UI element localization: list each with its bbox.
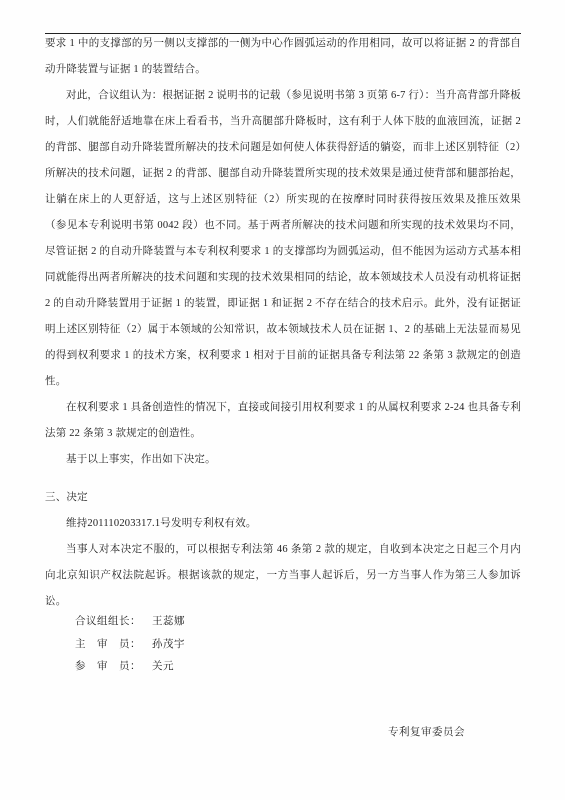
signature-label-chief: 合议组组长：: [75, 611, 141, 634]
appeal-notice: 当事人对本决定不服的，可以根据专利法第 46 条第 2 款的规定，自收到本决定之…: [45, 537, 521, 615]
signature-label-participating-examiner: 参 审 员：: [75, 656, 141, 679]
signature-row-primary-examiner: 主 审 员： 孙茂宇: [75, 634, 185, 657]
signature-row-chief: 合议组组长： 王蕊娜: [75, 611, 185, 634]
section-heading-decision: 三、决定: [45, 485, 521, 511]
footer-organization: 专利复审委员会: [45, 721, 465, 745]
document-body: 要求 1 中的支撑部的另一侧以支撑部的一侧为中心作圆弧运动的作用相同，故可以将证…: [45, 31, 521, 615]
paragraph-basis-of-decision: 基于以上事实，作出如下决定。: [45, 447, 521, 473]
decision-statement: 维持201110203317.1号发明专利权有效。: [45, 511, 521, 537]
signature-row-participating-examiner: 参 审 员： 关元: [75, 656, 185, 679]
signature-name-primary-examiner: 孙茂宇: [152, 634, 185, 657]
signature-name-participating-examiner: 关元: [152, 656, 174, 679]
paragraph-dependent-claims: 在权利要求 1 具备创造性的情况下，直接或间接引用权利要求 1 的从属权利要求 …: [45, 395, 521, 447]
paragraph-continuation: 要求 1 中的支撑部的另一侧以支撑部的一侧为中心作圆弧运动的作用相同，故可以将证…: [45, 31, 521, 83]
document-page: 要求 1 中的支撑部的另一侧以支撑部的一侧为中心作圆弧运动的作用相同，故可以将证…: [0, 0, 565, 800]
signature-name-chief: 王蕊娜: [152, 611, 185, 634]
signature-block: 合议组组长： 王蕊娜 主 审 员： 孙茂宇 参 审 员： 关元: [75, 611, 185, 679]
signature-label-primary-examiner: 主 审 员：: [75, 634, 141, 657]
paragraph-panel-opinion: 对此，合议组认为：根据证据 2 说明书的记载（参见说明书第 3 页第 6-7 行…: [45, 83, 521, 395]
